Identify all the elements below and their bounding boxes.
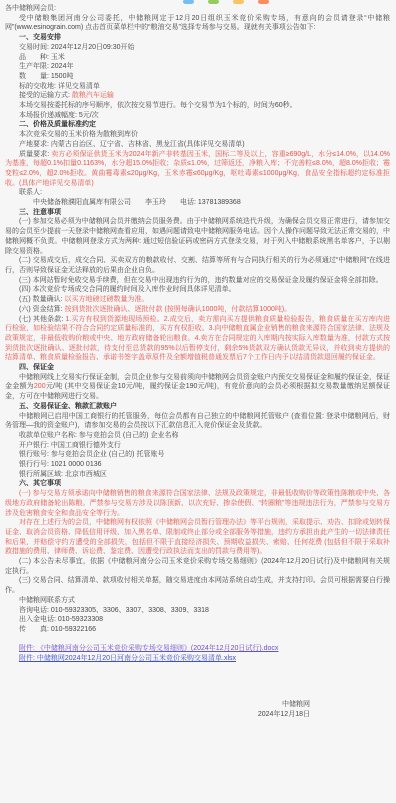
text-run: 银行行号: 1021 0000 0136 [19, 461, 102, 468]
other-3: (三) 交易合同、结算清单、款项收付相关单据，随交易进度由本网站系统自动生成，并… [5, 576, 390, 595]
note-2: (二) 交易成交后，成交合同、买卖双方的粮款收付、交割、结算等所有与合同执行相关… [5, 256, 390, 275]
text-run: (一) 参加交易必须为中储粮网会员并缴纳会员服务费。由于中储粮网系统迭代升级，为… [5, 218, 390, 254]
share-icon-orange[interactable] [258, 0, 269, 4]
bank-account: 银行账号: 参与竞拍会员企业 (自己的) 托管账号 [5, 450, 390, 460]
note-6: (六) 资金结算: 按到货批次逐批确认、逐批付款 (按照每确认1000吨，付款结… [5, 305, 390, 315]
note-4: (四) 本次竞价专场成交合同的履约时间及入库作业时间具体详见清单。 [5, 285, 390, 295]
text-run: 标的交收地: 详见交易清单 [19, 83, 100, 90]
text-run: (一) 参与交易方须承诺向中储粮销售的粮食来源符合国家法律、法规及政策规定，非最… [5, 490, 390, 516]
section-6-heading: 六、其它事项 [5, 479, 390, 489]
contact-info: 中央储备粮濮阳直属库有限公司 李玉玲 电话: 13781389368 [5, 198, 390, 208]
contact-label: 联系人: [5, 188, 390, 198]
text-run: 接受的运输方式: [19, 92, 72, 99]
spacer-large [5, 664, 390, 700]
text-run: 本次竞采交易的玉米价格为散粮到库价 [19, 131, 138, 138]
section-3-heading: 三、注意事项 [5, 208, 390, 218]
text-run: 各中储粮网会员: [5, 5, 56, 12]
trade-time: 交易时间: 2024年12月20日09:30开始 [5, 43, 390, 53]
payee-name: 收款单位账户名称: 参与竞拍会员 (自己的) 企业名称 [5, 431, 390, 441]
text-run: 银行账号: 参与竞拍会员企业 (自己的) 托管账号 [19, 451, 164, 458]
attachment-link-text[interactable]: 附件: 《中储粮河南分公司玉米竞价采购专场交易细则》(2024年12月20日试行… [19, 645, 278, 652]
text-run: (七) 其他条款: [19, 316, 65, 323]
attachment-link-rules-docx[interactable]: 附件: 《中储粮河南分公司玉米竞价采购专场交易细则》(2024年12月20日试行… [5, 644, 390, 654]
text-run: 交易时间: 2024年12月20日09:30开始 [19, 44, 135, 51]
origin-requirement: 产地要求: 内蒙古自治区、辽宁省、吉林省、黑龙江省(具体详见交易清单) [5, 140, 390, 150]
text-run: 以买方地磅过磅数量为准。 [65, 296, 149, 303]
section-1-heading: 一、交易安排 [5, 33, 390, 43]
text-run: 传 真: 010-59322166 [19, 626, 96, 633]
price-basis: 本次竞采交易的玉米价格为散粮到库价 [5, 130, 390, 140]
quality-requirement: 质量要求: 卖方必须保证供货玉米为2024年新产非转基因玉米，国标二等及以上，容… [5, 150, 390, 189]
text-run: 本场交易按委托标的序号顺序，依次按交易节进行。每个交易节为1个标的，时间为60秒… [19, 102, 297, 109]
text-run: 五、交易保证金、粮款汇款账户 [19, 403, 117, 410]
text-run: (二) 交易成交后，成交合同、买卖双方的粮款收付、交割、结算等所有与合同执行相关… [5, 257, 390, 274]
text-run: 三、注意事项 [19, 209, 61, 216]
spacer-small [5, 635, 390, 645]
other-1-penalty: 对存在上述行为的会员，中储粮网有权依照《中储粮网会员暂行管理办法》等平台规则，采… [5, 518, 390, 557]
salutation: 各中储粮网会员: [5, 4, 390, 14]
text-run: (二) 本公告未尽事宜，依据《中储粮河南分公司玉米竞价采购专场交易细则》(202… [5, 558, 390, 575]
signature-date: 2024年12月18日 [5, 710, 390, 720]
note-7: (七) 其他条款: 1.买方有权到货源地现场预检。2.成交后，卖方需向买方提供粮… [5, 315, 390, 364]
text-run: 卖方必须保证供货玉米为2024年新产非转基因玉米，国标二等及以上，容重≥690g… [5, 151, 390, 187]
text-run: 中储粮网联系方式 [19, 597, 75, 604]
document-body: 各中储粮网会员:受中储粮集团河南分公司委托，中储粮网定于12月20日组织玉米竞价… [0, 0, 396, 719]
signature-org: 中储粮网 [5, 700, 390, 710]
text-run: 受中储粮集团河南分公司委托，中储粮网定于12月20日组织玉米竞价采购专场，有意向… [5, 15, 390, 32]
fund-phone: 出入金电话: 010-59323308 [5, 615, 390, 625]
note-1: (一) 参加交易必须为中储粮网会员并缴纳会员服务费。由于中储粮网系统迭代升级，为… [5, 217, 390, 256]
text-run: 中央储备粮濮阳直属库有限公司 李玉玲 电话: 13781389368 [33, 199, 241, 206]
text-run: (三) 交易合同、结算清单、款项收付相关单据，随交易进度由本网站系统自动生成，并… [5, 577, 390, 594]
announcement-page: 各中储粮网会员:受中储粮集团河南分公司委托，中储粮网定于12月20日组织玉米竞价… [0, 0, 396, 803]
deposit-paragraph: 中储粮网线上交易实行保证金制，会员企业参与交易前须向中储粮网会员资金账户内预交交… [5, 373, 390, 402]
variety: 品 种: 玉米 [5, 53, 390, 63]
text-run: 质量要求: [19, 151, 51, 158]
delivery-place: 标的交收地: 详见交易清单 [5, 82, 390, 92]
intro-paragraph: 受中储粮集团河南分公司委托，中储粮网定于12月20日组织玉米竞价采购专场，有意向… [5, 14, 390, 33]
text-run: 200 [34, 383, 46, 390]
text-run: 中储粮网已启用中国工商银行的托管服务，每位会员都有自己独立的中储粮网托管账户 (… [5, 413, 390, 430]
share-icons-row [183, 0, 269, 4]
text-run: 对存在上述行为的会员，中储粮网有权依照《中储粮网会员暂行管理办法》等平台规则，采… [5, 519, 390, 555]
note-3: (三) 本网站暂时免收交易手续费，但在交易中出现违约行为的，违约数量对应的交易保… [5, 276, 390, 286]
text-run: 数 量: 1500吨 [19, 73, 73, 80]
text-run: 四、保证金 [19, 364, 54, 371]
transport-mode: 接受的运输方式: 散粮汽车运输 [5, 91, 390, 101]
section-2-heading: 二、价格及质量标准约定 [5, 120, 390, 130]
text-run: 中储粮网 [282, 701, 310, 708]
share-icon-blue[interactable] [183, 0, 194, 4]
bank-code: 银行行号: 1021 0000 0136 [5, 460, 390, 470]
text-run: 出入金电话: 010-59323308 [19, 616, 103, 623]
text-run: 2024年12月18日 [258, 711, 310, 718]
text-run: (三) 本网站暂时免收交易手续费，但在交易中出现违约行为的，违约数量对应的交易保… [19, 277, 383, 284]
share-icon-yellow[interactable] [233, 0, 244, 4]
session-rule: 本场交易按委托标的序号顺序，依次按交易节进行。每个交易节为1个标的，时间为60秒… [5, 101, 390, 111]
text-run: 六、其它事项 [19, 480, 61, 487]
other-1: (一) 参与交易方须承诺向中储粮销售的粮食来源符合国家法律、法规及政策规定，非最… [5, 489, 390, 518]
text-run: 二、价格及质量标准约定 [19, 121, 96, 128]
text-run: 咨询电话: 010-59323305、3306、3307、3308、3309、3… [19, 607, 209, 614]
other-2: (二) 本公告未尽事宜，依据《中储粮河南分公司玉米竞价采购专场交易细则》(202… [5, 557, 390, 576]
text-run: 元/吨 (其中交易保证金10元/吨，履约保证金190元/吨)，有竞价意向的会员必… [5, 383, 390, 400]
note-5: (五) 数量确认: 以买方地磅过磅数量为准。 [5, 295, 390, 305]
quantity: 数 量: 1500吨 [5, 72, 390, 82]
bank-intro: 中储粮网已启用中国工商银行的托管服务，每位会员都有自己独立的中储粮网托管账户 (… [5, 412, 390, 431]
text-run: 本场报价递减幅度: 5元/次 [19, 112, 99, 119]
section-4-heading: 四、保证金 [5, 363, 390, 373]
production-year: 生产年限: 2024年 [5, 62, 390, 72]
text-run: 一、交易安排 [19, 34, 61, 41]
text-run: 联系人: [19, 189, 42, 196]
text-run: 银行所属区域: 北京市西城区 [19, 471, 107, 478]
text-run: 散粮汽车运输 [72, 92, 114, 99]
text-run: (四) 本次竞价专场成交合同的履约时间及入库作业时间具体详见清单。 [19, 286, 236, 293]
contact-section-title: 中储粮网联系方式 [5, 596, 390, 606]
text-run: 产地要求: 内蒙古自治区、辽宁省、吉林省、黑龙江省(具体详见交易清单) [19, 141, 245, 148]
bank-name: 开户银行: 中国工商银行德外支行 [5, 441, 390, 451]
text-run: 开户银行: 中国工商银行德外支行 [19, 442, 121, 449]
text-run: (六) 资金结算: [19, 306, 65, 313]
bank-region: 银行所属区域: 北京市西城区 [5, 470, 390, 480]
fax: 传 真: 010-59322166 [5, 625, 390, 635]
attachment-link-text[interactable]: 附件: 中储粮网2024年12月20日河南分公司玉米竞价采购交易清单.xlsx [19, 655, 236, 662]
text-run: 品 种: 玉米 [19, 54, 65, 61]
text-run: (五) 数量确认: [19, 296, 65, 303]
text-run: 按到货批次逐批确认、逐批付款 (按照每确认1000吨，付款结算1000吨)。 [65, 306, 292, 313]
text-run: 收款单位账户名称: 参与竞拍会员 (自己的) 企业名称 [19, 432, 178, 439]
consult-phone: 咨询电话: 010-59323305、3306、3307、3308、3309、3… [5, 606, 390, 616]
price-step: 本场报价递减幅度: 5元/次 [5, 111, 390, 121]
attachment-link-list-xlsx[interactable]: 附件: 中储粮网2024年12月20日河南分公司玉米竞价采购交易清单.xlsx [5, 654, 390, 664]
text-run: 生产年限: 2024年 [19, 63, 73, 70]
share-icon-green[interactable] [208, 0, 219, 4]
section-5-heading: 五、交易保证金、粮款汇款账户 [5, 402, 390, 412]
